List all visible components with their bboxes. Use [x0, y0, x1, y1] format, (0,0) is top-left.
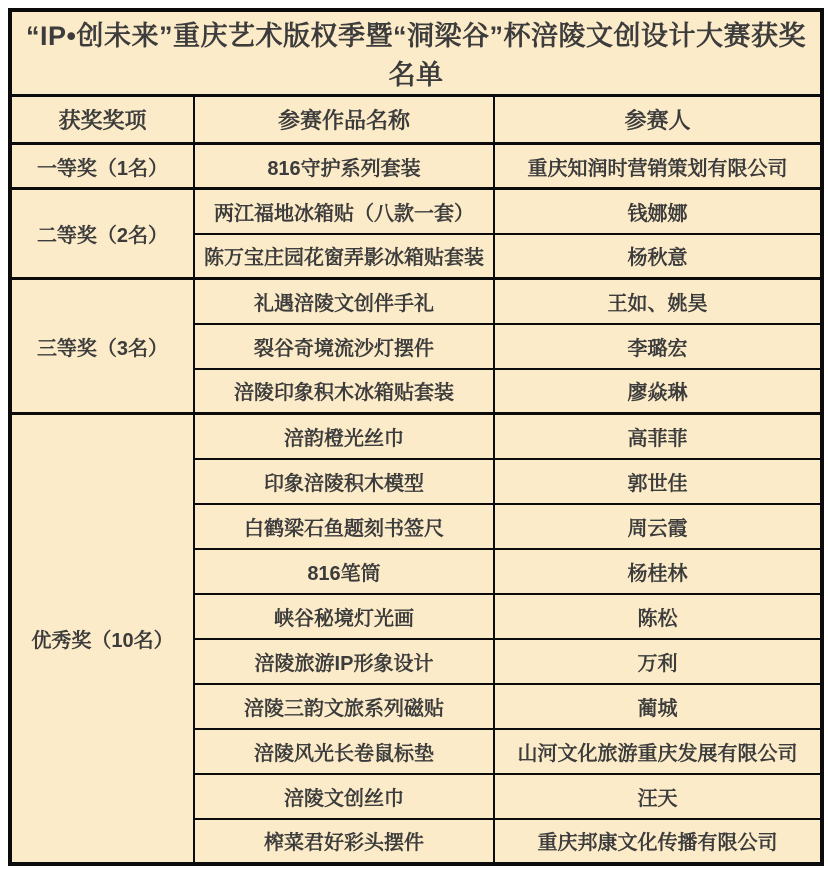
participant-cell: 蔺城 — [494, 684, 822, 729]
work-name-cell: 涪陵印象积木冰箱贴套装 — [194, 369, 494, 414]
work-name-cell: 816笔筒 — [194, 549, 494, 594]
table-row: 一等奖（1名）816守护系列套装重庆知润时营销策划有限公司 — [10, 144, 822, 189]
work-name-cell: 涪陵旅游IP形象设计 — [194, 639, 494, 684]
award-category-cell: 优秀奖（10名） — [10, 414, 194, 864]
title-row: “IP•创未来”重庆艺术版权季暨“洞梁谷”杯涪陵文创设计大赛获奖名单 — [10, 10, 822, 96]
participant-cell: 周云霞 — [494, 504, 822, 549]
work-name-cell: 印象涪陵积木模型 — [194, 459, 494, 504]
work-name-cell: 涪韵橙光丝巾 — [194, 414, 494, 459]
work-name-cell: 礼遇涪陵文创伴手礼 — [194, 279, 494, 324]
participant-cell: 杨秋意 — [494, 234, 822, 279]
work-name-cell: 涪陵文创丝巾 — [194, 774, 494, 819]
participant-cell: 陈松 — [494, 594, 822, 639]
work-name-cell: 榨菜君好彩头摆件 — [194, 819, 494, 864]
participant-cell: 高菲菲 — [494, 414, 822, 459]
award-category-cell: 二等奖（2名） — [10, 189, 194, 279]
participant-cell: 李璐宏 — [494, 324, 822, 369]
column-header-award: 获奖奖项 — [10, 96, 194, 144]
participant-cell: 山河文化旅游重庆发展有限公司 — [494, 729, 822, 774]
participant-cell: 重庆邦康文化传播有限公司 — [494, 819, 822, 864]
table-header-row: 获奖奖项 参赛作品名称 参赛人 — [10, 96, 822, 144]
participant-cell: 汪天 — [494, 774, 822, 819]
work-name-cell: 白鹤梁石鱼题刻书签尺 — [194, 504, 494, 549]
award-announcement-page: “IP•创未来”重庆艺术版权季暨“洞梁谷”杯涪陵文创设计大赛获奖名单 获奖奖项 … — [0, 0, 828, 874]
work-name-cell: 两江福地冰箱贴（八款一套） — [194, 189, 494, 234]
awards-table: “IP•创未来”重庆艺术版权季暨“洞梁谷”杯涪陵文创设计大赛获奖名单 获奖奖项 … — [8, 8, 824, 866]
table-row: 三等奖（3名）礼遇涪陵文创伴手礼王如、姚昊 — [10, 279, 822, 324]
participant-cell: 钱娜娜 — [494, 189, 822, 234]
table-row: 二等奖（2名）两江福地冰箱贴（八款一套）钱娜娜 — [10, 189, 822, 234]
page-title: “IP•创未来”重庆艺术版权季暨“洞梁谷”杯涪陵文创设计大赛获奖名单 — [10, 10, 822, 96]
work-name-cell: 涪陵风光长卷鼠标垫 — [194, 729, 494, 774]
participant-cell: 郭世佳 — [494, 459, 822, 504]
work-name-cell: 816守护系列套装 — [194, 144, 494, 189]
work-name-cell: 陈万宝庄园花窗弄影冰箱贴套装 — [194, 234, 494, 279]
column-header-work-name: 参赛作品名称 — [194, 96, 494, 144]
participant-cell: 杨桂林 — [494, 549, 822, 594]
work-name-cell: 裂谷奇境流沙灯摆件 — [194, 324, 494, 369]
award-category-cell: 一等奖（1名） — [10, 144, 194, 189]
participant-cell: 重庆知润时营销策划有限公司 — [494, 144, 822, 189]
award-category-cell: 三等奖（3名） — [10, 279, 194, 414]
participant-cell: 王如、姚昊 — [494, 279, 822, 324]
table-row: 优秀奖（10名）涪韵橙光丝巾高菲菲 — [10, 414, 822, 459]
participant-cell: 万利 — [494, 639, 822, 684]
participant-cell: 廖焱琳 — [494, 369, 822, 414]
column-header-participant: 参赛人 — [494, 96, 822, 144]
work-name-cell: 峡谷秘境灯光画 — [194, 594, 494, 639]
work-name-cell: 涪陵三韵文旅系列磁贴 — [194, 684, 494, 729]
